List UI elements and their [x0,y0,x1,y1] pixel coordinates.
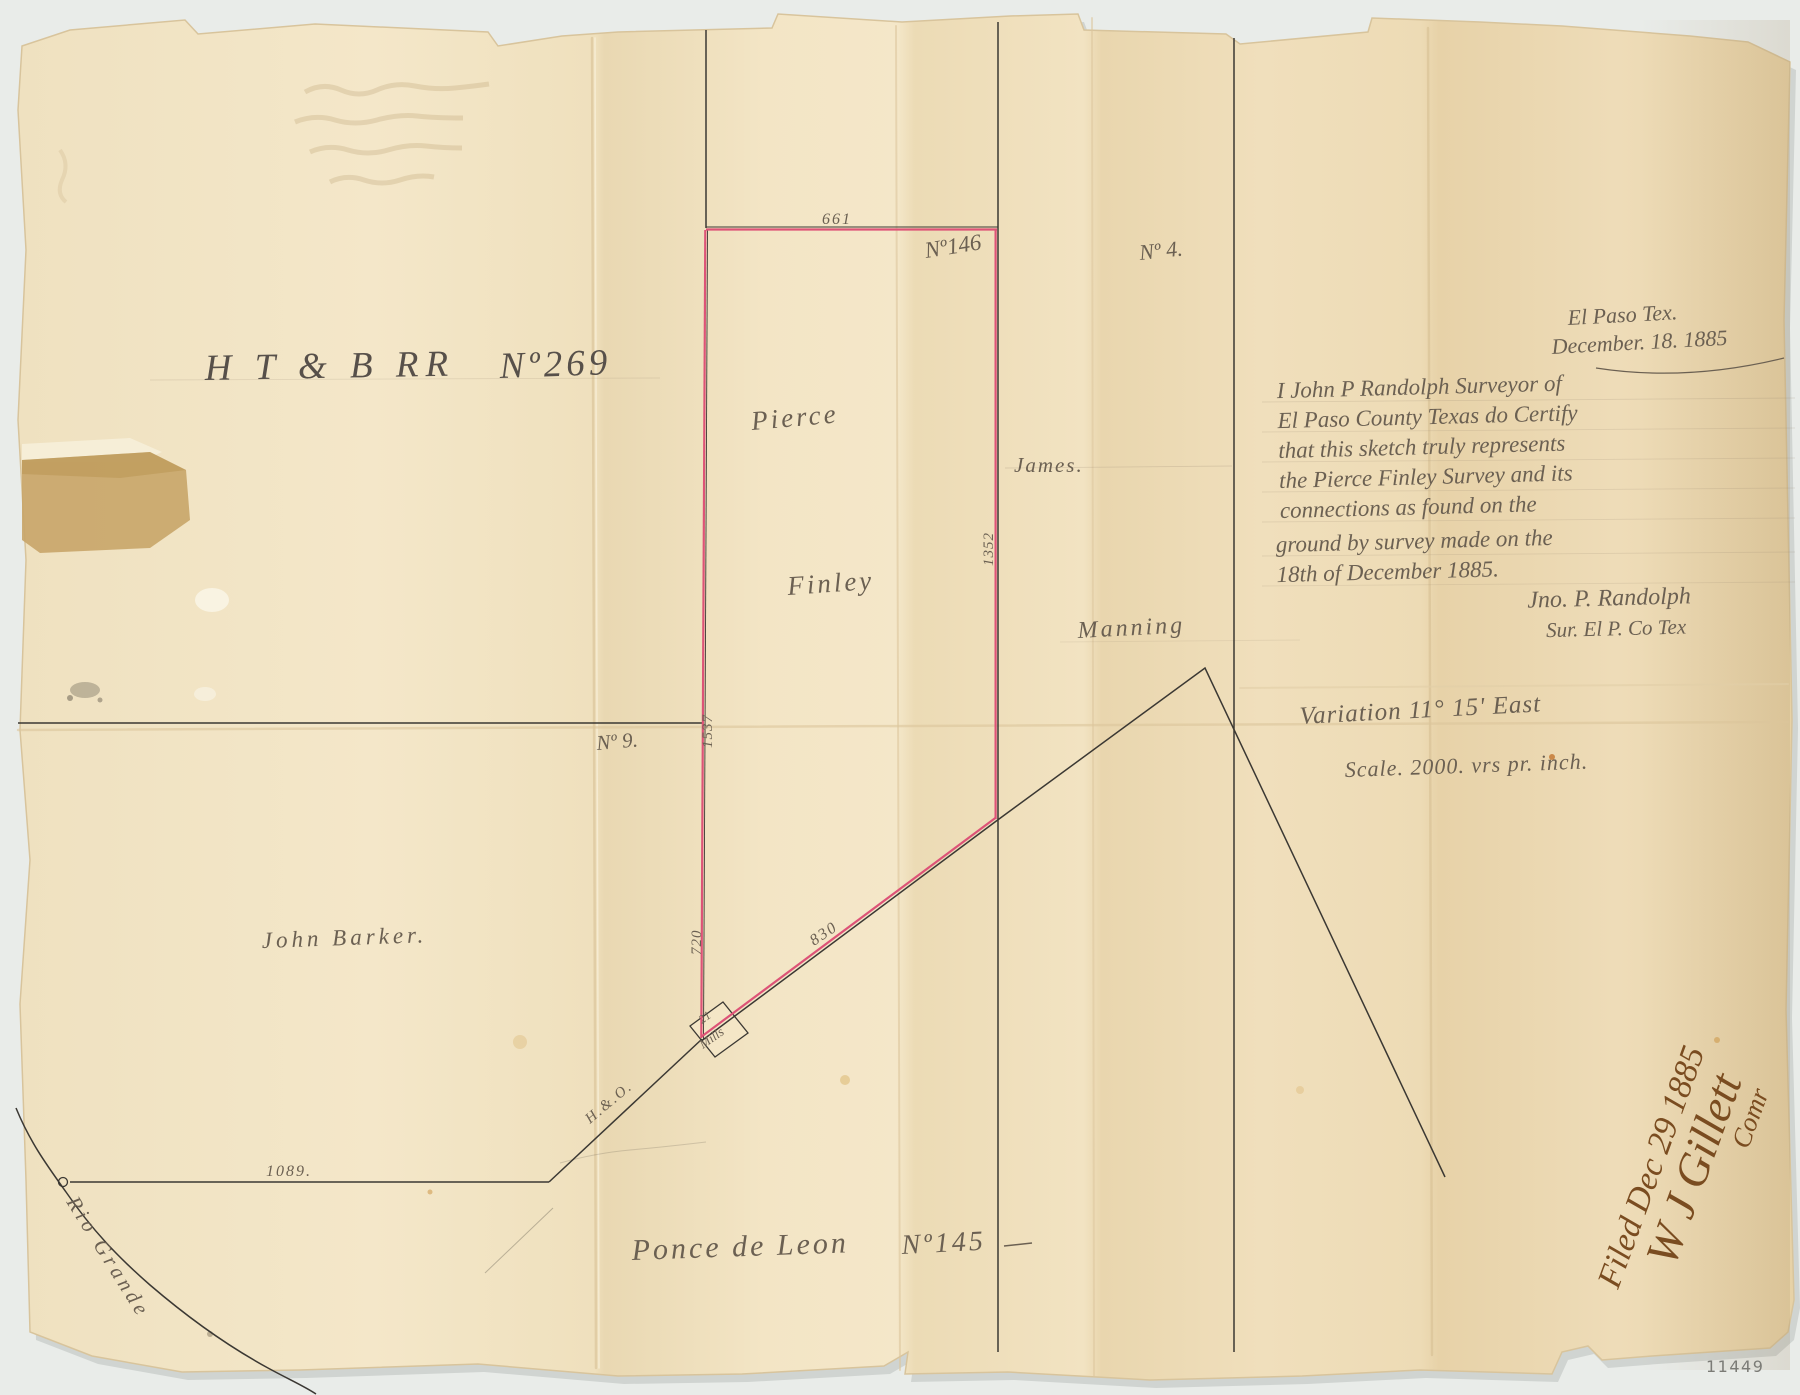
survey-no9-label: Nº 9. [594,727,638,755]
measurement-west-720: 720 [689,930,705,956]
measurement-north-661: 661 [822,211,852,228]
certificate-signature-title: Sur. El P. Co Tex [1546,614,1687,642]
survey-map-canvas: H T & B RR Nº269 Nº146 Nº 4. Nº 9. Pierc… [0,0,1800,1395]
measurement-east-1352: 1352 [981,532,997,566]
archive-number: 11449 [1706,1357,1764,1376]
measurement-south-1089: 1089. [266,1163,312,1180]
certificate-signature-name: Jno. P. Randolph [1527,583,1691,613]
scanned-survey-sketch: H T & B RR Nº269 Nº146 Nº 4. Nº 9. Pierc… [0,0,1800,1395]
rr-survey-number: Nº269 [498,342,612,387]
survey-no4-label: Nº 4. [1137,236,1184,266]
james-label: James. [1014,453,1084,477]
measurement-west-1537: 1537 [700,714,716,749]
finley-label: Finley [785,565,875,601]
ponce-number-label: Nº145 [900,1226,987,1261]
rr-survey-name: H T & B RR [203,344,455,389]
